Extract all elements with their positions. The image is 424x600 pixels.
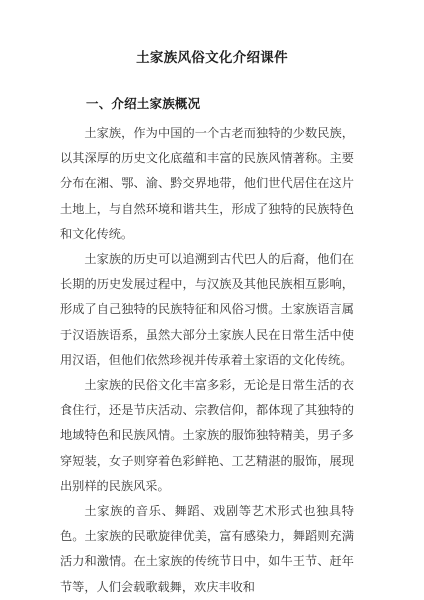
paragraph-arts: 土家族的音乐、舞蹈、戏剧等艺术形式也独具特色。土家族的民歌旋律优美，富有感染力，… [60,499,354,600]
section-heading: 一、介绍土家族概况 [86,95,200,113]
section-body: 土家族，作为中国的一个古老而独特的少数民族，以其深厚的历史文化底蕴和丰富的民族风… [60,121,354,600]
document-title: 土家族风俗文化介绍课件 [0,49,424,67]
paragraph-folk-culture: 土家族的民俗文化丰富多彩，无论是日常生活的衣食住行，还是节庆活动、宗教信仰，都体… [60,373,354,499]
paragraph-overview: 土家族，作为中国的一个古老而独特的少数民族，以其深厚的历史文化底蕴和丰富的民族风… [60,121,354,247]
document-page: 土家族风俗文化介绍课件 一、介绍土家族概况 土家族，作为中国的一个古老而独特的少… [0,0,424,600]
paragraph-history: 土家族的历史可以追溯到古代巴人的后裔，他们在长期的历史发展过程中，与汉族及其他民… [60,247,354,373]
